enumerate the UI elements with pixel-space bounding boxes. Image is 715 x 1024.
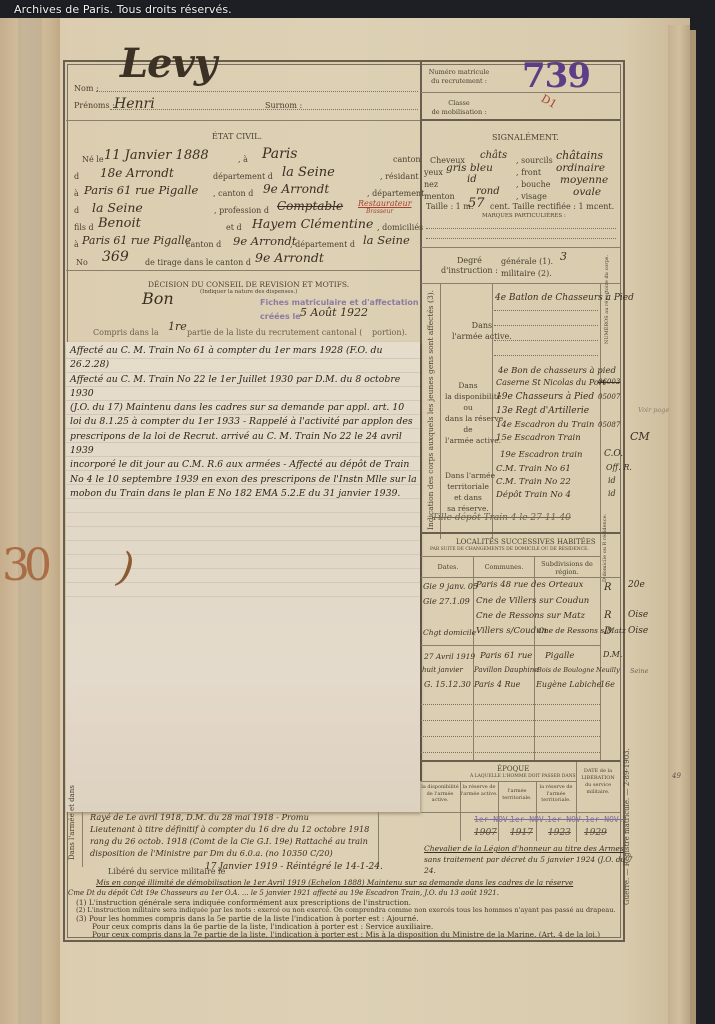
localites-title: LOCALITÉS SUCCESSIVES HABITÉES [456,538,596,546]
parents-departement: la Seine [363,233,410,247]
disponibilite-entry: 13e Regt d'Artillerie [496,406,589,416]
services-side-label: Dans l'armée et dans [68,785,76,860]
localites-row-rule [421,645,600,646]
fils-label: fils d [74,223,94,232]
classe-divider [421,119,620,121]
taille-label: Taille : 1 m. [426,202,473,211]
note-line: Affecté au C. M. Train No 61 à compter d… [70,344,418,373]
birth-place: Paris [262,146,298,162]
note-line: prescripons de la loi de Recrut. arrivé … [70,430,418,459]
de-label: d [74,206,79,215]
ne-le-label: Né le [82,155,104,164]
header-divider [66,120,420,121]
marques-line-2 [426,238,616,239]
matricule-number: 739 [522,56,590,96]
partie-label: partie de la liste du recrutement canton… [187,328,362,337]
libere-value: 17 Janvier 1919 - Réintégré le 14-1-24. [205,862,383,872]
decision-title: DÉCISION DU CONSEIL DE REVISION ET MOTIF… [148,280,349,289]
edge-number: 49 [672,772,681,780]
epoque-note: 24. [424,866,436,875]
generale-value: 3 [560,250,567,263]
territoriale-entry: 19e Escadron train [500,450,582,460]
tirage-canton: 9e Arrondt [255,250,324,265]
marques-label: MARQUES PARTICULIÈRES : [482,213,566,219]
profession-label: , profession d [214,206,269,215]
a2-label: à [74,189,79,198]
prenoms-line [110,109,418,110]
localites-empty-line [421,720,600,721]
services-line-7: Cme Dt du dépôt Cdt 19e Chasseurs au 1er… [68,889,499,897]
decision-value: Bon [142,289,174,308]
services-line: Lieutenant à titre définitif à compter d… [90,824,369,834]
services-right-rule [378,812,379,867]
front-label: , front [516,168,541,177]
disponibilite-label: Dansla disponibilitéoudans la réservedel… [445,380,491,446]
nez-label: nez [424,180,438,189]
portion-label: portion). [372,328,407,337]
note-line: loi du 8.1.25 à compter du 1er 1933 - Ra… [70,415,418,429]
birth-departement: la Seine [282,165,335,180]
epoque-stamp: 1er NOV. [510,815,549,824]
epoque-header-bottom [421,812,620,813]
epoque-note: Chevalier de la Légion d'honneur au titr… [424,844,624,853]
localites-empty-line [421,752,600,753]
struck-line: Tille dépôt Train 4 le 27-11-40 [432,513,571,523]
disponibilite-num: 06003 [598,378,620,386]
visage-value: ovale [573,186,601,198]
etat-civil-divider [66,270,420,271]
birth-arrondissement: 18e Arrondt [100,166,174,180]
armee-active-entry: 4e Batlon de Chasseurs à Pied [495,293,634,303]
du-label: d [74,172,79,181]
taille-cent2-label: cent. [594,202,614,211]
epoque-date-rule [576,762,577,842]
epoque-col-territoriale: l'armée territoriale. [498,788,536,801]
corps-numeros-rule [600,284,601,539]
note-line: incorporé le dit jour au C.M. R.6 aux ar… [70,458,418,472]
epoque-note: sans traitement par décret du 5 janvier … [424,855,633,864]
no-label: No [76,258,88,267]
services-side-rule [82,812,83,867]
sourcils-label: , sourcils [516,156,553,165]
left-binding-margin [0,18,60,1024]
red-pencil-mark: 30 [2,540,46,591]
epoque-subtitle: À LAQUELLE L'HOMME DOIT PASSER DANS [470,774,576,779]
pasted-note-text: Affecté au C. M. Train No 61 à compter d… [70,344,418,501]
territoriale-entry: C.M. Train No 61 [496,464,571,474]
epoque-year: 1929 [584,828,607,838]
territoriale-entry: Dépôt Train No 4 [496,490,571,500]
classe-label: Classede mobilisation : [426,99,492,117]
epoque-year: 1907 [474,828,497,838]
localites-empty-line [421,736,600,737]
domicilies-label: , domiciliés [377,223,423,232]
corps-line [494,310,598,311]
matricule-label: Numéro matriculedu recrutement : [426,68,492,86]
epoque-stamp: 1er NOV. [474,815,513,824]
compris-value: 1re [168,320,187,333]
front-value: ordinaire [556,162,605,174]
territoriale-num: Off. R. [606,463,632,472]
departement4-label: , département d [290,240,355,249]
nom-label: Nom : [74,84,99,93]
disponibilite-entry: 19e Chasseurs à Pied [496,392,594,402]
epoque-col-reserve: la réserve de l'armée active. [460,784,498,797]
territoriale-label: Dans l'arméeterritorialeet danssa réserv… [445,470,491,514]
epoque-year: 1917 [510,828,533,838]
bouche-label: , bouche [516,180,551,189]
et-label: et d [226,223,242,232]
epoque-year: 1923 [548,828,571,838]
corps-left-rule [440,284,441,539]
taille-cent-label: cent. Taille rectifiée : 1 m. [490,202,596,211]
services-line: Rayé de Le avril 1918, D.M. du 28 mai 19… [90,812,309,822]
territoriale-num: id [608,476,616,485]
departement-label: département d [213,172,273,181]
epoque-stamp: 1er NOV. [585,815,624,824]
note-line: (J.O. du 17) Maintenu dans les cadres su… [70,401,418,415]
profession-new-2: Brasseur [366,208,393,215]
etat-civil-title: ÉTAT CIVIL. [212,132,262,141]
visage-label: , visage [516,192,547,201]
disponibilite-entry: Caserne St Nicolas du Port [496,378,606,387]
militaire-label: militaire (2). [501,269,552,278]
localites-bottom [421,760,620,762]
residant-label: , résidant [380,172,419,181]
departement2-label: , département [367,189,424,198]
disponibilite-num: 05087 [598,421,620,429]
tirage-label: de tirage dans le canton d [145,258,251,267]
col-header-subdivisions: Subdivisions de région. [535,560,599,576]
register-printer-label: Guerre. — Registre matricule. — 2-89-190… [623,748,631,905]
yeux-value: gris bleu [446,162,493,174]
page-edge-stack [690,30,696,1024]
signalement-title: SIGNALÉMENT. [492,133,559,142]
cheveux-value: châts [480,150,507,161]
page-edge-right [668,25,690,1024]
fiche-stamp-date: 5 Août 1922 [300,306,368,319]
localites-header-bottom [421,577,620,578]
col-header-dates: Dates. [423,563,473,571]
disponibilite-num: 05007 [598,393,620,401]
parents-canton: 9e Arrondt [233,234,296,248]
birth-date: 11 Janvier 1888 [104,148,209,163]
nez-value: id [467,174,477,185]
a-label: , à [238,155,248,164]
compris-label: Compris dans la [93,328,159,337]
margin-note: Voir page [638,406,669,414]
services-line: disposition de l'Ministre par Dm du 6.0.… [90,848,333,858]
prenoms-label: Prénoms : [74,101,115,110]
armee-active-label: Dansl'armée active. [452,320,512,342]
localites-type-rule [600,534,601,760]
binding-spine [18,18,42,1024]
note-line: mobon du Train dans le plan E No 182 EMA… [70,487,418,501]
profession-new: Restaurateur [358,199,412,208]
copyright-watermark: Archives de Paris. Tous droits réservés. [14,3,232,16]
margin-note: CM [630,430,650,443]
degre-label: Degréd'instruction : [441,256,498,276]
disponibilite-entry: 4e Bon de chasseurs à pied [498,366,616,376]
decision-subtitle: (Indiquer la nature des dispenses.) [200,289,297,295]
epoque-col-reserve-territoriale: la réserve de l'armée territoriale. [536,784,576,804]
epoque-col-liberation: DATE de la LIBÉRATION du service militai… [578,768,618,796]
menton-label: menton [424,192,455,201]
territoriale-num: C.O. [604,449,623,459]
degre-divider [421,283,620,284]
canton2-label: , canton d [213,189,253,198]
corps-line [494,340,598,341]
note-line: No 4 le 10 septembre 1939 en exon des pr… [70,473,418,487]
nom-line [96,91,418,92]
footnote-2: (2) L'instruction militaire sera indiqué… [76,906,616,914]
tirage-number: 369 [102,249,129,265]
localites-empty-line [421,704,600,705]
bouche-value: moyenne [560,174,608,186]
parents-domicile: Paris 61 rue Pigalle [82,234,191,247]
taille-value: 57 [468,196,485,211]
epoque-stamp: 1er NOV. [547,815,586,824]
father-name: Benoit [98,216,141,231]
localites-head-rule [421,556,600,557]
a3-label: à [74,240,79,249]
territoriale-entry: C.M. Train No 22 [496,477,571,487]
canton-label: canton [393,155,421,164]
profession-struck: Comptable [277,199,343,213]
residence-value: Paris 61 rue Pigalle [84,183,198,197]
mother-name: Hayem Clémentine [252,216,373,231]
corps-line [494,355,598,356]
fiche-stamp-line2: créées le [260,312,301,321]
services-line-6: Mis en congé illimité de démobilisation … [96,878,573,887]
canton3-label: canton d [186,240,221,249]
disponibilite-entry: 15e Escadron Train [496,433,581,443]
marques-line-1 [426,228,616,229]
territoriale-num: id [608,489,616,498]
corps-divider [421,532,620,534]
numeros-label: NUMÉROS au répertoire du corps. [604,255,610,344]
disponibilite-entry: 14e Escadron du Train [496,420,594,430]
residence-departement: la Seine [92,200,143,215]
yeux-label: yeux [424,168,443,177]
corps-rotated-label: Indication des corps auxquels les jeunes… [426,290,435,530]
col-header-type: D domicile ou R résidence. [602,514,608,582]
nom-value: Levy [120,40,216,87]
matricule-divider [421,92,620,93]
footnote-5: Pour ceux compris dans la 7e partie de l… [92,930,600,939]
services-line: rang du 26 octob. 1918 (Comt de la Cie G… [90,836,368,846]
sourcils-value: châtains [556,149,603,162]
residence-canton: 9e Arrondt [263,182,329,196]
signalement-divider [421,247,620,248]
generale-label: générale (1). [501,257,553,266]
note-line: Affecté au C. M. Train No 22 le 1er Juil… [70,373,418,402]
localites-subtitle: PAR SUITE DE CHANGEMENTS DE DOMICILE OU … [430,547,589,552]
epoque-col-disponibilite: la disponibilité de l'armée active. [420,784,460,804]
epoque-title: ÉPOQUE [497,765,529,773]
col-header-communes: Communes. [474,563,534,571]
corps-line [494,325,598,326]
